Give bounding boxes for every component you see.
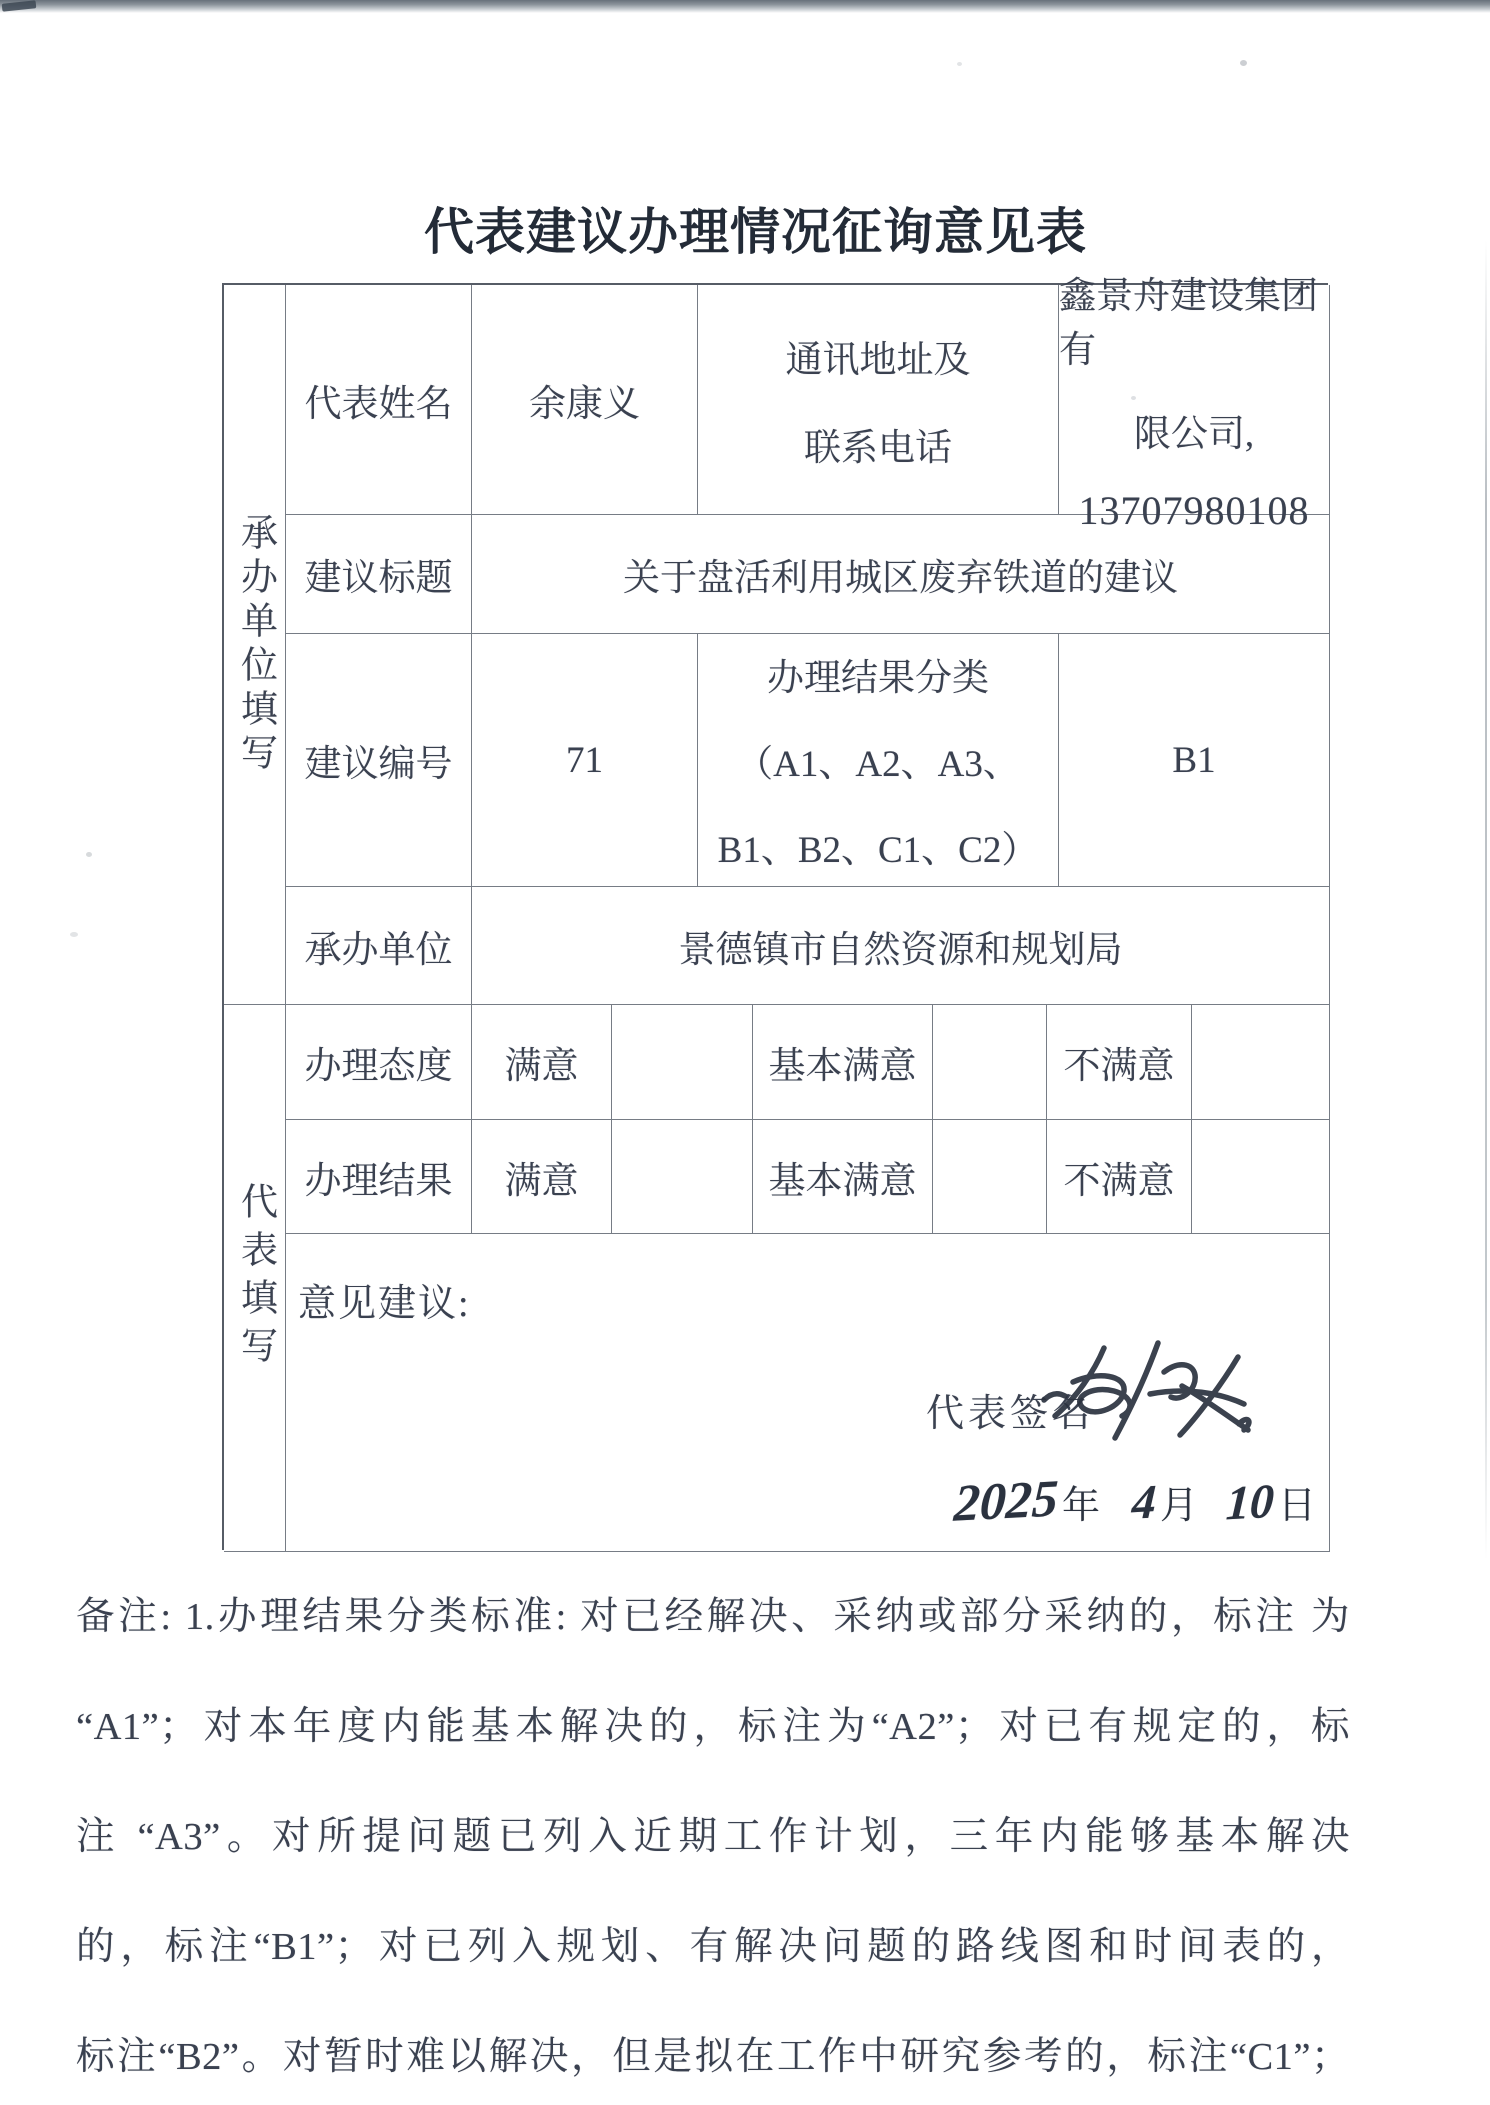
date-day: 10 xyxy=(1225,1474,1276,1532)
scan-artifact xyxy=(86,852,92,857)
classification-line3: B1、B2、C1、C2） xyxy=(718,819,1039,873)
result-option-basically-satisfied: 基本满意 xyxy=(753,1120,933,1234)
scan-edge-top xyxy=(0,0,1490,13)
result-option-satisfied: 满意 xyxy=(472,1120,612,1234)
form-title: 代表建议办理情况征询意见表 xyxy=(424,192,1084,264)
attitude-option-unsatisfied: 不满意 xyxy=(1047,1005,1192,1120)
result-satisfied-checkbox[interactable] xyxy=(612,1120,753,1234)
handwritten-signature xyxy=(1038,1340,1264,1452)
opinion-cell[interactable]: 意见建议: 代表签名 2025 年 4 xyxy=(286,1234,1330,1552)
date-month-suffix: 月 xyxy=(1160,1474,1198,1529)
section-label-unit-fill: 承办单位填写 xyxy=(224,285,286,1005)
remarks-line: 备注: 1.办理结果分类标准: 对已经解决、采纳或部分采纳的，标注 为 xyxy=(76,1562,1350,1672)
rep-name-value: 余康义 xyxy=(472,285,698,515)
scan-artifact xyxy=(1240,60,1247,66)
remarks: 备注: 1.办理结果分类标准: 对已经解决、采纳或部分采纳的，标注 为 “A1”… xyxy=(76,1562,1350,2105)
contact-label-line2: 联系电话 xyxy=(804,417,952,471)
section-label-unit-fill-text: 承办单位填写 xyxy=(228,513,282,777)
suggestion-number-value: 71 xyxy=(472,634,698,887)
classification-result: B1 xyxy=(1059,634,1330,887)
attitude-label: 办理态度 xyxy=(286,1005,472,1120)
attitude-basically-satisfied-checkbox[interactable] xyxy=(933,1005,1047,1120)
contact-label: 通讯地址及 联系电话 xyxy=(698,285,1059,515)
classification-line2: （A1、A2、A3、 xyxy=(736,733,1020,787)
result-label: 办理结果 xyxy=(286,1120,472,1234)
date-year-suffix: 年 xyxy=(1062,1474,1100,1529)
suggestion-title-value: 关于盘活利用城区废弃铁道的建议 xyxy=(472,515,1330,634)
handling-unit-value: 景德镇市自然资源和规划局 xyxy=(472,887,1330,1005)
contact-value: 鑫景舟建设集团有 限公司, 13707980108 xyxy=(1059,285,1330,515)
remarks-line: 注 “A3”。对所提问题已列入近期工作计划，三年内能够基本解决 xyxy=(76,1782,1350,1892)
attitude-unsatisfied-checkbox[interactable] xyxy=(1192,1005,1330,1120)
handling-unit-label: 承办单位 xyxy=(286,887,472,1005)
classification-line1: 办理结果分类 xyxy=(767,647,989,701)
remarks-line: 的，标注“B1”；对已列入规划、有解决问题的路线图和时间表的， xyxy=(76,1892,1350,2002)
rep-name-label: 代表姓名 xyxy=(286,285,472,515)
attitude-option-basically-satisfied: 基本满意 xyxy=(753,1005,933,1120)
suggestion-number-label: 建议编号 xyxy=(286,634,472,887)
attitude-satisfied-checkbox[interactable] xyxy=(612,1005,753,1120)
classification-cell: 办理结果分类 （A1、A2、A3、 B1、B2、C1、C2） xyxy=(698,634,1059,887)
contact-value-line2: 限公司, xyxy=(1134,403,1254,457)
date-day-suffix: 日 xyxy=(1278,1474,1316,1529)
scan-artifact xyxy=(70,932,78,937)
attitude-option-satisfied: 满意 xyxy=(472,1005,612,1120)
date-month: 4 xyxy=(1131,1474,1158,1530)
result-unsatisfied-checkbox[interactable] xyxy=(1192,1120,1330,1234)
scan-artifact xyxy=(957,62,962,66)
remarks-line: “A1”；对本年度内能基本解决的，标注为“A2”；对已有规定的，标 xyxy=(76,1672,1350,1782)
contact-value-line1: 鑫景舟建设集团有 xyxy=(1059,265,1329,373)
result-basically-satisfied-checkbox[interactable] xyxy=(933,1120,1047,1234)
form-table: 承办单位填写 代表填写 代表姓名 余康义 通讯地址及 联系电话 鑫景舟建设集团有… xyxy=(222,283,1328,1550)
section-label-rep-fill: 代表填写 xyxy=(224,1005,286,1552)
section-label-rep-fill-text: 代表填写 xyxy=(228,1182,282,1374)
suggestion-title-label: 建议标题 xyxy=(286,515,472,634)
scanned-form-page: 代表建议办理情况征询意见表 承办单位填写 代表填写 代表姓名 余康义 通讯地址及… xyxy=(0,0,1490,2105)
contact-label-line1: 通讯地址及 xyxy=(786,329,971,383)
opinion-label: 意见建议: xyxy=(298,1272,471,1327)
remarks-line: 标注“B2”。对暂时难以解决，但是拟在工作中研究参考的，标注“C1”； xyxy=(76,2002,1350,2105)
handwritten-date: 2025 年 4 月 10 日 xyxy=(954,1472,1334,1531)
date-year: 2025 xyxy=(953,1469,1060,1534)
scan-edge-right xyxy=(1485,240,1487,1560)
result-option-unsatisfied: 不满意 xyxy=(1047,1120,1192,1234)
